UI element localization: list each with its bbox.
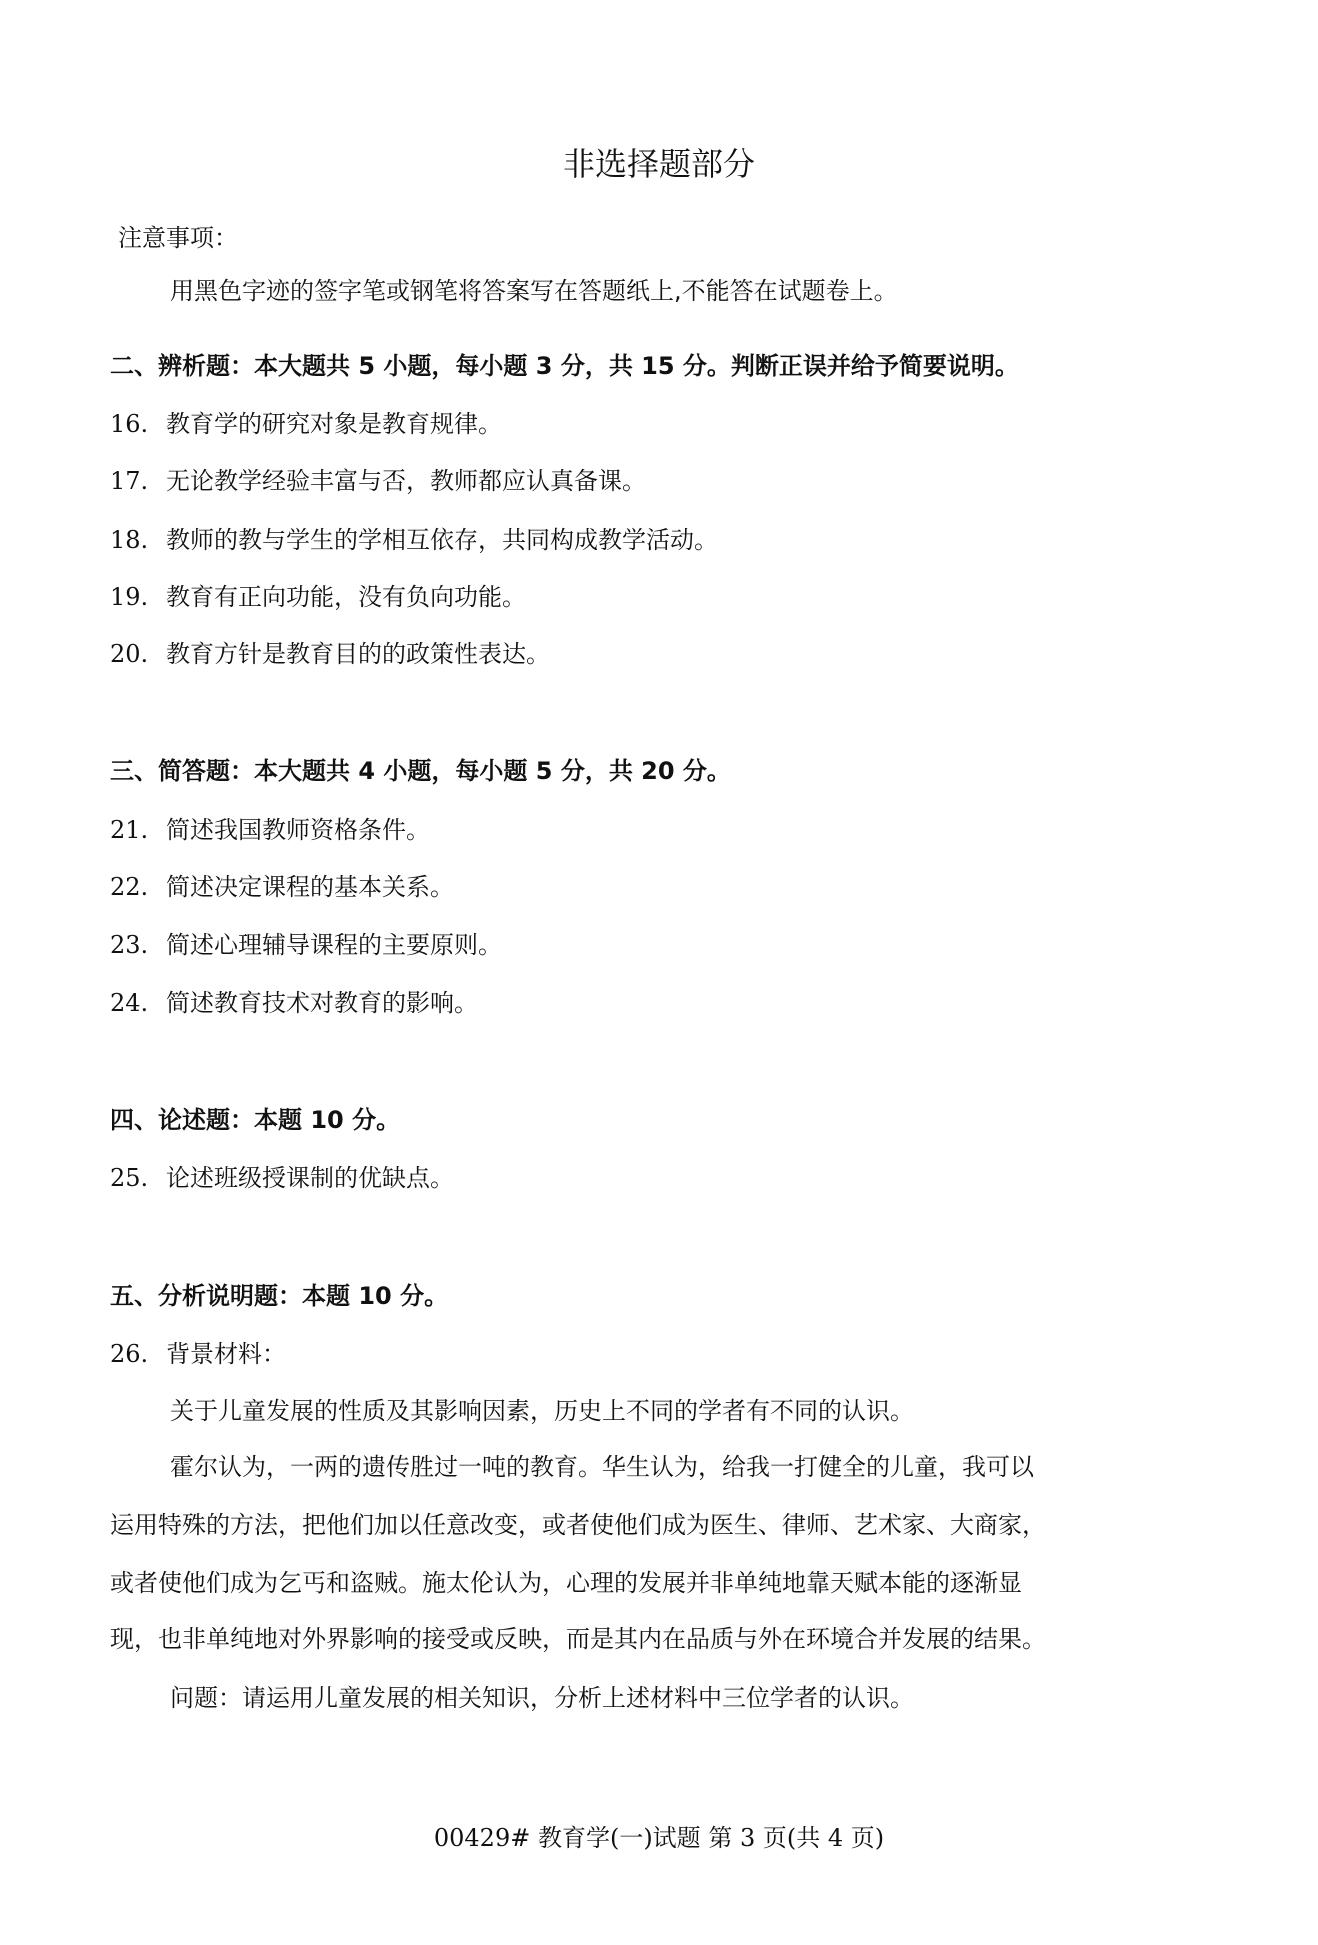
question-item: 18.教师的教与学生的学相互依存，共同构成教学活动。 [110,528,718,552]
question-item: 19.教育有正向功能，没有负向功能。 [110,585,526,609]
question-number: 21. [110,818,166,842]
question-text: 教师的教与学生的学相互依存，共同构成教学活动。 [166,526,718,554]
question-item: 17.无论教学经验丰富与否，教师都应认真备课。 [110,469,646,493]
question-number: 23. [110,933,166,957]
question-text: 教育学的研究对象是教育规律。 [166,410,502,438]
question-number: 17. [110,469,166,493]
question-item: 22.简述决定课程的基本关系。 [110,875,454,899]
section-heading-analysis: 五、分析说明题：本题 10 分。 [110,1284,448,1308]
question-number: 18. [110,528,166,552]
question-item: 23.简述心理辅导课程的主要原则。 [110,933,502,957]
section-heading-discrimination: 二、辨析题：本大题共 5 小题，每小题 3 分，共 15 分。判断正误并给予简要… [110,354,1019,378]
question-number: 25. [110,1166,166,1190]
section-heading-short-answer: 三、简答题：本大题共 4 小题，每小题 5 分，共 20 分。 [110,759,731,783]
question-number: 24. [110,991,166,1015]
question-text: 简述心理辅导课程的主要原则。 [166,931,502,959]
question-text: 论述班级授课制的优缺点。 [166,1164,454,1192]
question-item: 26.背景材料： [110,1342,286,1366]
question-number: 22. [110,875,166,899]
question-text: 简述我国教师资格条件。 [166,816,430,844]
question-text: 背景材料： [166,1340,286,1368]
question-item: 16.教育学的研究对象是教育规律。 [110,412,502,436]
section-heading-essay: 四、论述题：本题 10 分。 [110,1108,400,1132]
question-item: 25.论述班级授课制的优缺点。 [110,1166,454,1190]
question-number: 26. [110,1342,166,1366]
question-text: 教育方针是教育目的的政策性表达。 [166,640,550,668]
question-text: 简述决定课程的基本关系。 [166,873,454,901]
question-number: 20. [110,642,166,666]
material-line: 运用特殊的方法，把他们加以任意改变，或者使他们成为医生、律师、艺术家、大商家， [110,1513,1188,1537]
question-number: 16. [110,412,166,436]
notice-label: 注意事项： [118,226,238,250]
page-footer: 00429# 教育学(一)试题 第 3 页(共 4 页) [0,1826,1318,1850]
material-line: 或者使他们成为乞丐和盗贼。施太伦认为，心理的发展并非单纯地靠天赋本能的逐渐显 [110,1571,1188,1595]
question-item: 24.简述教育技术对教育的影响。 [110,991,478,1015]
material-line: 关于儿童发展的性质及其影响因素，历史上不同的学者有不同的认识。 [170,1399,1248,1423]
material-line: 霍尔认为，一两的遗传胜过一吨的教育。华生认为，给我一打健全的儿童，我可以 [170,1455,1248,1479]
question-item: 20.教育方针是教育目的的政策性表达。 [110,642,550,666]
notice-text: 用黑色字迹的签字笔或钢笔将答案写在答题纸上,不能答在试题卷上。 [170,279,898,303]
material-question: 问题：请运用儿童发展的相关知识，分析上述材料中三位学者的认识。 [170,1686,1248,1710]
question-text: 简述教育技术对教育的影响。 [166,989,478,1017]
question-number: 19. [110,585,166,609]
question-text: 无论教学经验丰富与否，教师都应认真备课。 [166,467,646,495]
question-text: 教育有正向功能，没有负向功能。 [166,583,526,611]
material-line: 现，也非单纯地对外界影响的接受或反映，而是其内在品质与外在环境合并发展的结果。 [110,1627,1188,1651]
page-title: 非选择题部分 [0,148,1318,180]
question-item: 21.简述我国教师资格条件。 [110,818,430,842]
